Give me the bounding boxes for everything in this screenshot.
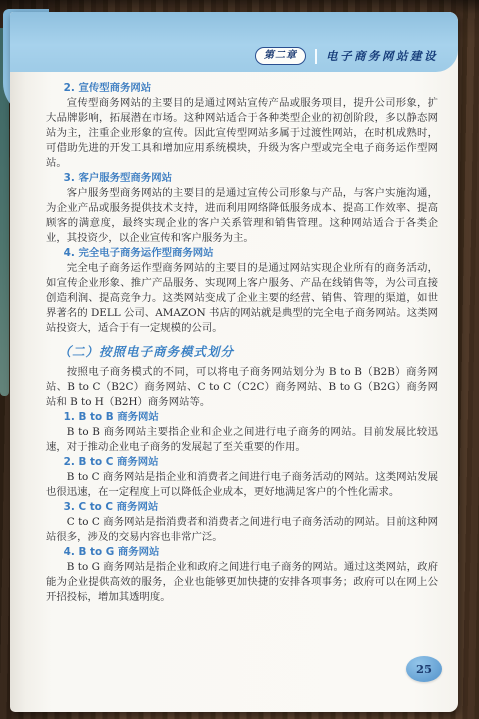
para-full-ecommerce-site: 完全电子商务运作型商务网站的主要目的是通过网站实现企业所有的商务活动，如宣传企业… [46,261,438,336]
photo-background: 第二章 电子商务网站建设 2. 宣传型商务网站 宣传型商务网站的主要目的是通过网… [0,0,479,719]
heading-c2c: 3. C to C 商务网站 [46,500,438,515]
para-c2c: C to C 商务网站是指消费者和消费者之间进行电子商务活动的网站。目前这种网站… [46,515,438,545]
heading-promotional-site: 2. 宣传型商务网站 [46,81,438,96]
heading-b2g: 4. B to G 商务网站 [46,545,438,560]
book-page: 第二章 电子商务网站建设 2. 宣传型商务网站 宣传型商务网站的主要目的是通过网… [10,12,458,712]
heading-full-ecommerce-site: 4. 完全电子商务运作型商务网站 [46,246,438,261]
para-customer-service-site: 客户服务型商务网站的主要目的是通过宣传公司形象与产品，与客户实施沟通，为企业产品… [46,186,438,246]
para-b2b: B to B 商务网站主要指企业和企业之间进行电子商务的网站。目前发展比较迅速，… [46,425,438,455]
heading-b2b: 1. B to B 商务网站 [46,410,438,425]
heading-customer-service-site: 3. 客户服务型商务网站 [46,171,438,186]
para-model-intro: 按照电子商务模式的不同，可以将电子商务网站划分为 B to B（B2B）商务网站… [46,365,438,410]
page-number: 25 [406,656,442,682]
para-b2g: B to G 商务网站是指企业和政府之间进行电子商务的网站。通过这类网站，政府能… [46,560,438,605]
chapter-badge: 第二章 [255,47,306,65]
para-promotional-site: 宣传型商务网站的主要目的是通过网站宣传产品或服务项目，提升公司形象，扩大品牌影响… [46,96,438,171]
chapter-header-band: 第二章 电子商务网站建设 [10,12,458,72]
page-content: 2. 宣传型商务网站 宣传型商务网站的主要目的是通过网站宣传产品或服务项目，提升… [10,72,458,605]
chapter-title: 电子商务网站建设 [326,49,438,65]
header-divider [315,49,317,64]
heading-by-ecommerce-model: （二）按照电子商务模式划分 [46,344,438,359]
heading-b2c: 2. B to C 商务网站 [46,455,438,470]
para-b2c: B to C 商务网站是指企业和消费者之间进行电子商务活动的网站。这类网站发展也… [46,470,438,500]
